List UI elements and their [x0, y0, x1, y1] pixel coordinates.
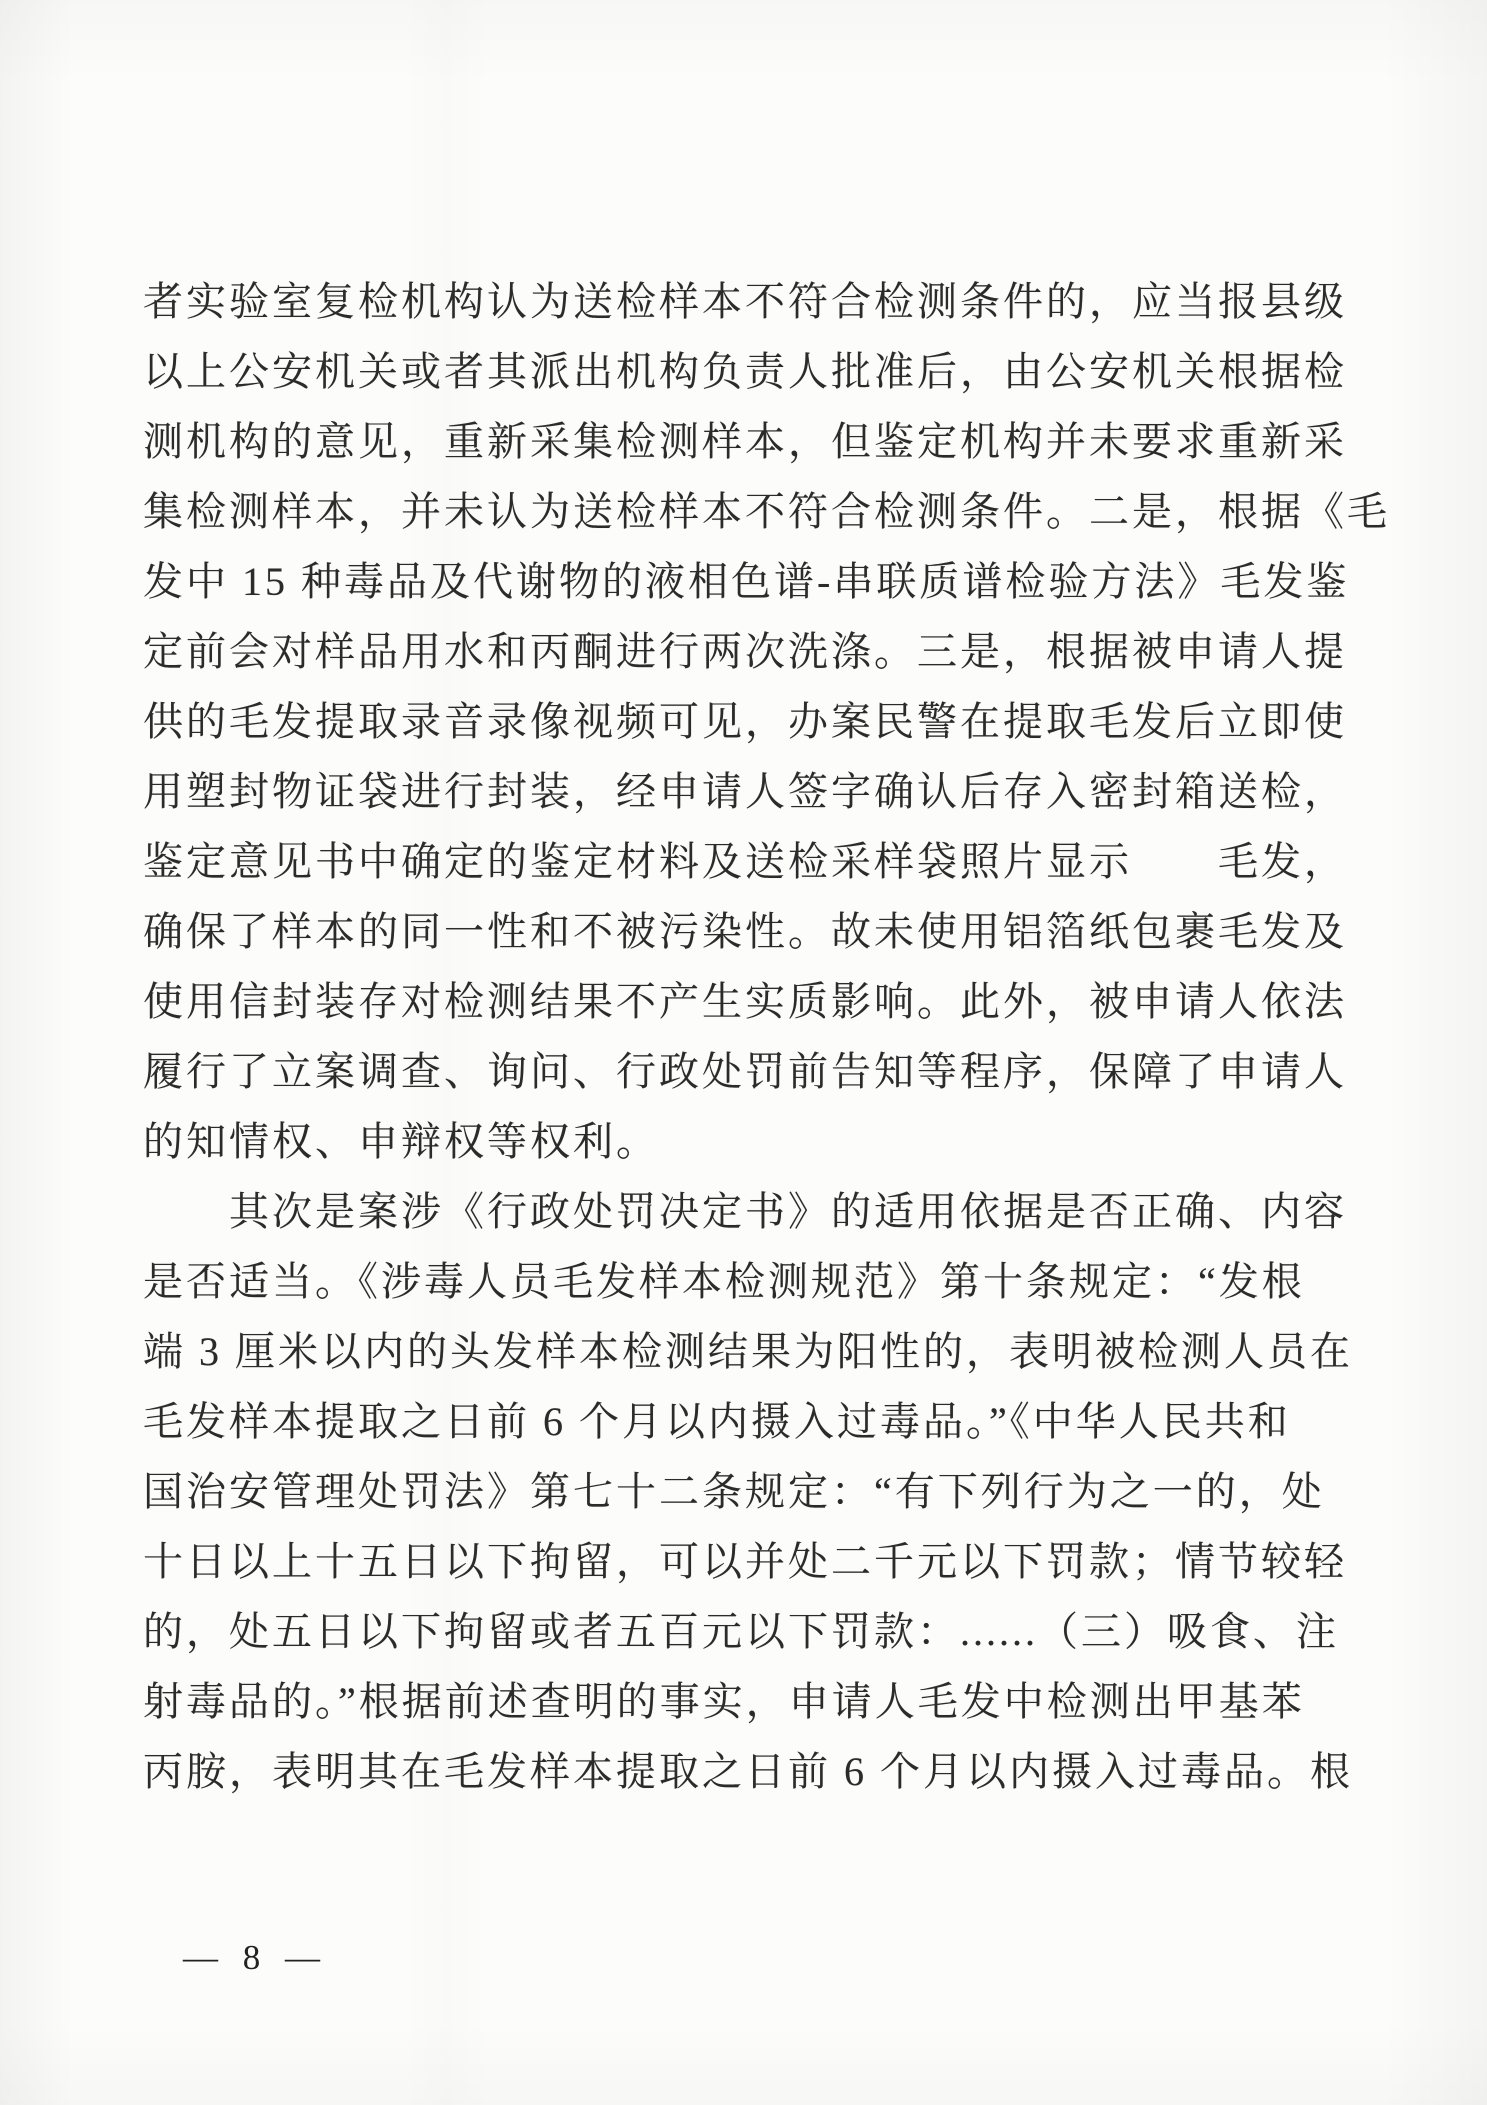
text-line: 供的毛发提取录音录像视频可见，办案民警在提取毛发后立即使: [143, 687, 1358, 757]
text-line: 端 3 厘米以内的头发样本检测结果为阳性的，表明被检测人员在: [143, 1317, 1358, 1387]
text-line: 其次是案涉《行政处罚决定书》的适用依据是否正确、内容: [143, 1177, 1358, 1247]
text-line: 射毒品的。”根据前述查明的事实，申请人毛发中检测出甲基苯: [143, 1667, 1358, 1737]
text-line: 以上公安机关或者其派出机构负责人批准后，由公安机关根据检: [143, 337, 1358, 407]
text-line: 定前会对样品用水和丙酮进行两次洗涤。三是，根据被申请人提: [143, 617, 1358, 687]
scanned-document-page: 者实验室复检机构认为送检样本不符合检测条件的，应当报县级以上公安机关或者其派出机…: [0, 0, 1487, 2105]
text-line: 是否适当。《涉毒人员毛发样本检测规范》第十条规定：“发根: [143, 1247, 1358, 1317]
text-line: 的，处五日以下拘留或者五百元以下罚款：......（三）吸食、注: [143, 1597, 1358, 1667]
text-line: 十日以上十五日以下拘留，可以并处二千元以下罚款；情节较轻: [143, 1527, 1358, 1597]
text-line: 丙胺，表明其在毛发样本提取之日前 6 个月以内摄入过毒品。根: [143, 1737, 1358, 1807]
text-line: 发中 15 种毒品及代谢物的液相色谱-串联质谱检验方法》毛发鉴: [143, 547, 1358, 617]
text-line: 履行了立案调查、询问、行政处罚前告知等程序，保障了申请人: [143, 1037, 1358, 1107]
text-line: 毛发样本提取之日前 6 个月以内摄入过毒品。”《中华人民共和: [143, 1387, 1358, 1457]
text-line: 的知情权、申辩权等权利。: [143, 1107, 1358, 1177]
text-line: 集检测样本，并未认为送检样本不符合检测条件。二是，根据《毛: [143, 477, 1358, 547]
text-line: 鉴定意见书中确定的鉴定材料及送检采样袋照片显示 毛发，: [143, 827, 1358, 897]
page-number: — 8 —: [183, 1938, 328, 1978]
text-line: 国治安管理处罚法》第七十二条规定：“有下列行为之一的，处: [143, 1457, 1358, 1527]
text-line: 者实验室复检机构认为送检样本不符合检测条件的，应当报县级: [143, 267, 1358, 337]
text-line: 确保了样本的同一性和不被污染性。故未使用铝箔纸包裹毛发及: [143, 897, 1358, 967]
text-line: 使用信封装存对检测结果不产生实质影响。此外，被申请人依法: [143, 967, 1358, 1037]
text-line: 用塑封物证袋进行封装，经申请人签字确认后存入密封箱送检，: [143, 757, 1358, 827]
document-body: 者实验室复检机构认为送检样本不符合检测条件的，应当报县级以上公安机关或者其派出机…: [143, 267, 1358, 1807]
text-line: 测机构的意见，重新采集检测样本，但鉴定机构并未要求重新采: [143, 407, 1358, 477]
